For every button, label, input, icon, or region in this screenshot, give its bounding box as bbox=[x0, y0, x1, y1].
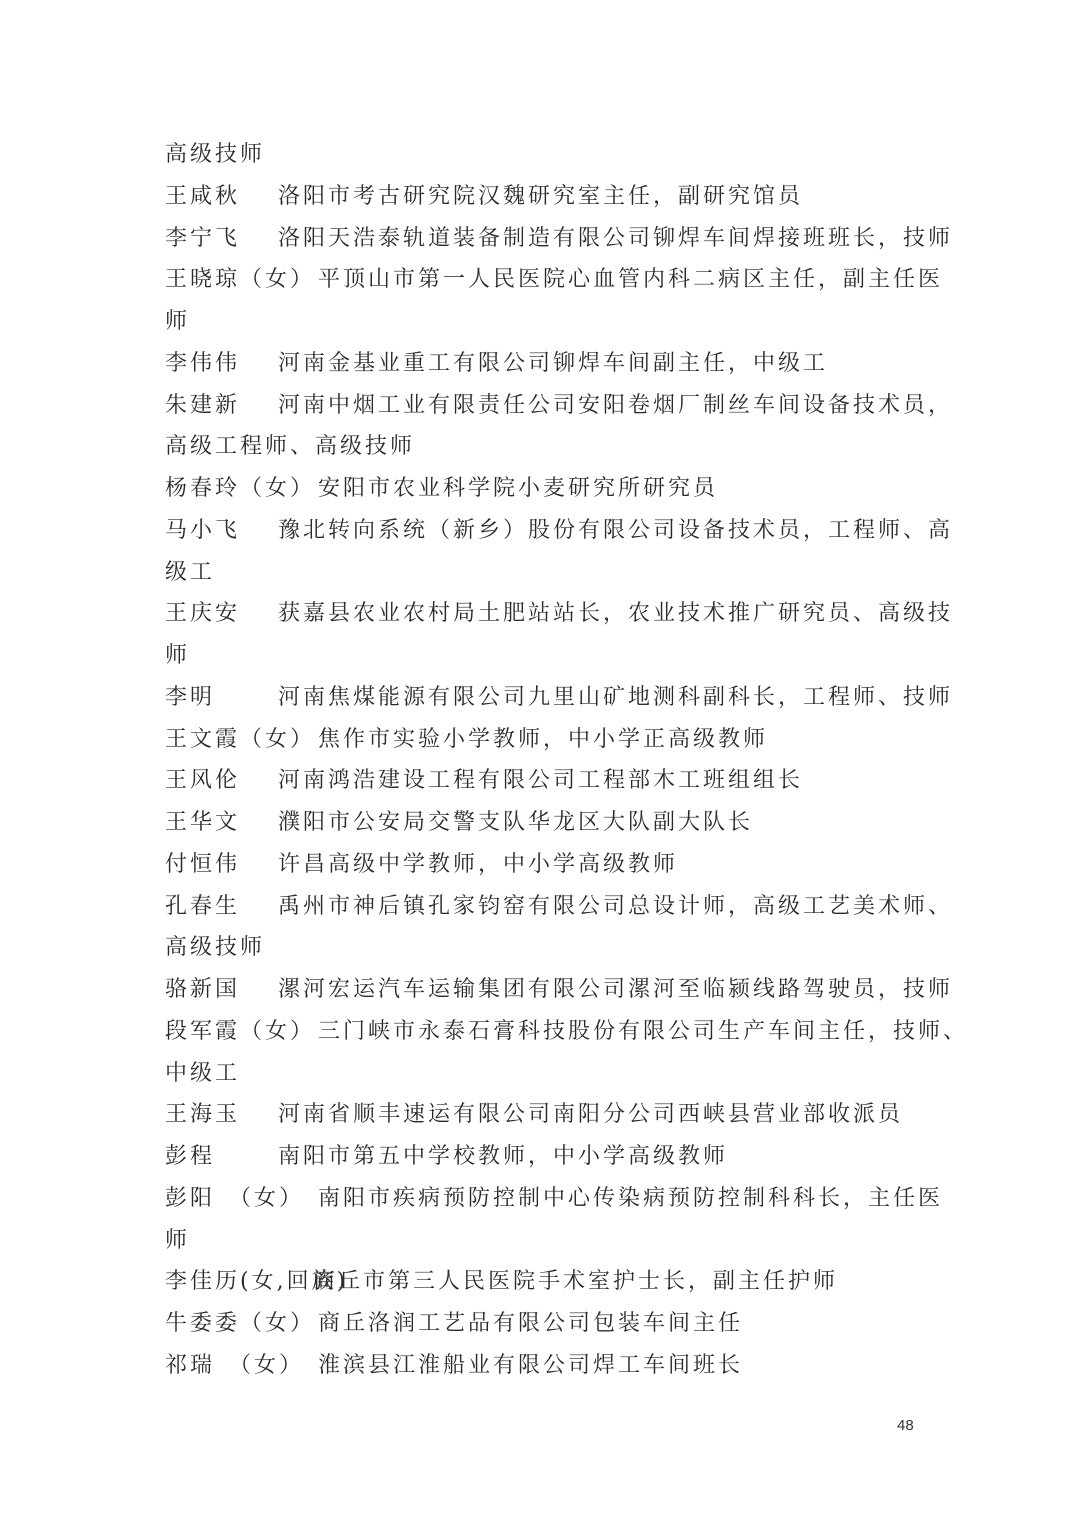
honoree-name: 牛委委（女） bbox=[165, 1309, 315, 1339]
continuation-text: 师 bbox=[165, 641, 190, 671]
continuation-text: 师 bbox=[165, 1226, 190, 1256]
honoree-description: 河南金基业重工有限公司铆焊车间副主任，中级工 bbox=[278, 349, 828, 379]
honoree-description: 河南焦煤能源有限公司九里山矿地测科副科长，工程师、技师 bbox=[278, 683, 953, 713]
honoree-description: 河南鸿浩建设工程有限公司工程部木工班组组长 bbox=[278, 766, 803, 796]
honoree-name: 王海玉 bbox=[165, 1100, 240, 1130]
honoree-description: 焦作市实验小学教师，中小学正高级教师 bbox=[318, 725, 768, 755]
continuation-text: 高级工程师、高级技师 bbox=[165, 432, 415, 462]
honoree-name: 马小飞 bbox=[165, 516, 240, 546]
continuation-text: 高级技师 bbox=[165, 140, 265, 170]
honoree-description: 平顶山市第一人民医院心血管内科二病区主任，副主任医 bbox=[318, 265, 943, 295]
honoree-name: 王风伦 bbox=[165, 766, 240, 796]
honoree-name: 彭阳 （女） bbox=[165, 1184, 304, 1214]
honoree-name: 王华文 bbox=[165, 808, 240, 838]
honoree-name: 李伟伟 bbox=[165, 349, 240, 379]
honoree-description: 南阳市第五中学校教师，中小学高级教师 bbox=[278, 1142, 728, 1172]
honoree-name: 彭程 bbox=[165, 1142, 215, 1172]
honoree-name: 李明 bbox=[165, 683, 215, 713]
honoree-description: 漯河宏运汽车运输集团有限公司漯河至临颍线路驾驶员，技师 bbox=[278, 975, 953, 1005]
honoree-description: 商丘市第三人民医院手术室护士长，副主任护师 bbox=[313, 1267, 838, 1297]
continuation-text: 中级工 bbox=[165, 1059, 240, 1089]
document-page: 高级技师王咸秋洛阳市考古研究院汉魏研究室主任，副研究馆员李宁飞洛阳天浩泰轨道装备… bbox=[0, 0, 1080, 1527]
honoree-name: 付恒伟 bbox=[165, 850, 240, 880]
honoree-name: 朱建新 bbox=[165, 391, 240, 421]
honoree-description: 河南中烟工业有限责任公司安阳卷烟厂制丝车间设备技术员， bbox=[278, 391, 953, 421]
honoree-description: 获嘉县农业农村局土肥站站长，农业技术推广研究员、高级技 bbox=[278, 599, 953, 629]
honoree-description: 豫北转向系统（新乡）股份有限公司设备技术员，工程师、高 bbox=[278, 516, 953, 546]
honoree-description: 禹州市神后镇孔家钧窑有限公司总设计师，高级工艺美术师、 bbox=[278, 892, 953, 922]
honoree-description: 许昌高级中学教师，中小学高级教师 bbox=[278, 850, 678, 880]
honoree-description: 商丘洛润工艺品有限公司包装车间主任 bbox=[318, 1309, 743, 1339]
honoree-name: 骆新国 bbox=[165, 975, 240, 1005]
page-number: 48 bbox=[897, 1417, 914, 1434]
continuation-text: 级工 bbox=[165, 558, 215, 588]
honoree-name: 王晓琼（女） bbox=[165, 265, 315, 295]
honoree-name: 王咸秋 bbox=[165, 182, 240, 212]
honoree-description: 洛阳市考古研究院汉魏研究室主任，副研究馆员 bbox=[278, 182, 803, 212]
honoree-description: 三门峡市永泰石膏科技股份有限公司生产车间主任，技师、 bbox=[318, 1017, 968, 1047]
honoree-description: 河南省顺丰速运有限公司南阳分公司西峡县营业部收派员 bbox=[278, 1100, 903, 1130]
continuation-text: 师 bbox=[165, 307, 190, 337]
honoree-name: 杨春玲（女） bbox=[165, 474, 315, 504]
honoree-description: 淮滨县江淮船业有限公司焊工车间班长 bbox=[318, 1351, 743, 1381]
continuation-text: 高级技师 bbox=[165, 933, 265, 963]
honoree-description: 南阳市疾病预防控制中心传染病预防控制科科长，主任医 bbox=[318, 1184, 943, 1214]
honoree-name: 王文霞（女） bbox=[165, 725, 315, 755]
honoree-description: 安阳市农业科学院小麦研究所研究员 bbox=[318, 474, 718, 504]
honoree-name: 李宁飞 bbox=[165, 224, 240, 254]
honoree-name: 段军霞（女） bbox=[165, 1017, 315, 1047]
honoree-name: 孔春生 bbox=[165, 892, 240, 922]
honoree-name: 祁瑞 （女） bbox=[165, 1351, 304, 1381]
honoree-description: 洛阳天浩泰轨道装备制造有限公司铆焊车间焊接班班长，技师 bbox=[278, 224, 953, 254]
honoree-description: 濮阳市公安局交警支队华龙区大队副大队长 bbox=[278, 808, 753, 838]
honoree-name: 王庆安 bbox=[165, 599, 240, 629]
